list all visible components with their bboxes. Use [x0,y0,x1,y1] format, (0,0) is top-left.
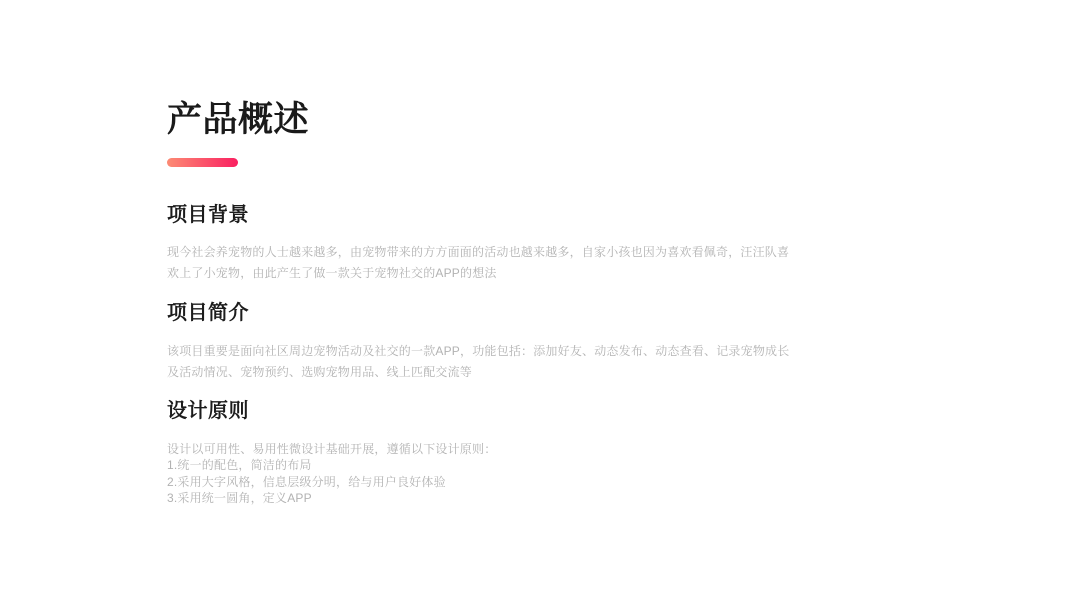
page-title: 产品概述 [167,99,309,141]
title-accent-bar [167,158,238,167]
section-heading-design-principles: 设计原则 [167,397,249,425]
section-body-design-principles: 设计以可用性、易用性微设计基础开展，遵循以下设计原则： 1.统一的配色，简洁的布… [167,441,496,506]
body-line: 该项目重要是面向社区周边宠物活动及社交的一款APP，功能包括：添加好友、动态发布… [167,341,789,362]
body-line: 2.采用大字风格，信息层级分明，给与用户良好体验 [167,474,496,490]
body-line: 及活动情况、宠物预约、选购宠物用品、线上匹配交流等 [167,362,789,383]
body-line: 1.统一的配色，简洁的布局 [167,457,496,473]
section-body-project-background: 现今社会养宠物的人士越来越多，由宠物带来的方方面面的活动也越来越多，自家小孩也因… [167,242,789,284]
body-line: 欢上了小宠物，由此产生了做一款关于宠物社交的APP的想法 [167,263,789,284]
body-line: 设计以可用性、易用性微设计基础开展，遵循以下设计原则： [167,441,496,457]
body-line: 3.采用统一圆角，定义APP [167,490,496,506]
section-body-project-intro: 该项目重要是面向社区周边宠物活动及社交的一款APP，功能包括：添加好友、动态发布… [167,341,789,383]
body-line: 现今社会养宠物的人士越来越多，由宠物带来的方方面面的活动也越来越多，自家小孩也因… [167,242,789,263]
section-heading-project-intro: 项目简介 [167,299,249,327]
slide: 产品概述 项目背景 现今社会养宠物的人士越来越多，由宠物带来的方方面面的活动也越… [0,0,1067,600]
section-heading-project-background: 项目背景 [167,201,249,229]
